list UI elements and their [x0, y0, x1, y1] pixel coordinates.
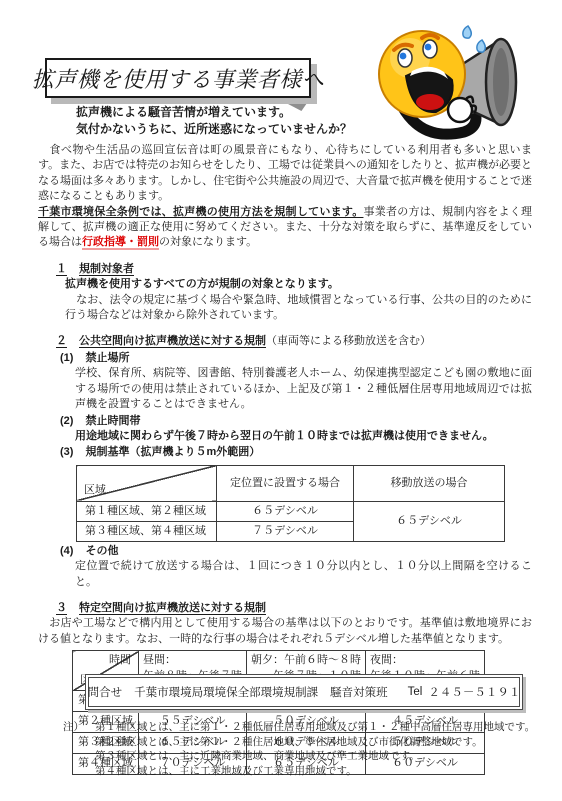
section-2: ２公共空間向け拡声機放送に対する規制（車両等による移動放送を含む） (1)禁止場…: [38, 334, 532, 589]
lead-paragraph: 食べ物や生活品の巡回宣伝音は町の風景音にもなり、心待ちにしている利用者も多いと思…: [38, 143, 532, 205]
table1-row1-fixed: ６５デシベル: [217, 501, 354, 521]
section-1-title: 規制対象者: [79, 263, 134, 275]
table1-corner-zone-label: 区域: [84, 483, 106, 498]
section-2-item-1: (1)禁止場所 学校、保育所、病院等、図書館、特別養護老人ホーム、幼保連携型認定…: [60, 351, 532, 413]
morning-evening-label: 朝夕：午前６時～８時: [251, 651, 361, 668]
table1-header-fixed: 定位置に設置する場合: [217, 465, 354, 501]
sweat-drop-2: [477, 40, 485, 52]
footnotes: 注） 第１種区域とは、主に第１・２種低層住居専用地域及び第１・２種中高層住居専用…: [63, 720, 535, 778]
item-1-title-text: 禁止場所: [85, 352, 129, 364]
notice-tail-text: の対象になります。: [159, 236, 257, 248]
item-3-label: (3): [60, 446, 73, 458]
section-3-title: 特定空間向け拡声機放送に対する規制: [79, 602, 266, 614]
footnote-marker: 注）: [63, 720, 95, 778]
night-label: 夜間：: [370, 651, 480, 668]
section-2-item-2: (2)禁止時間帯 用途地域に関わらず午後７時から翌日の午前１０時までは拡声機は使…: [60, 414, 532, 445]
item-2-label: (2): [60, 415, 73, 427]
item-4-label: (4): [60, 545, 73, 557]
contact-label: 問合せ: [88, 684, 123, 700]
page-title-text: 拡声機を使用する事業者様へ: [32, 63, 325, 94]
item-4-title-text: その他: [85, 545, 118, 557]
mascot-hand: [448, 98, 472, 122]
intro-text: 拡声機による騒音苦情が増えています。 気付かないうちに、近所迷惑になっていません…: [76, 104, 352, 138]
table1-row2-zone: 第３種区域、第４種区域: [77, 521, 217, 541]
item-1-label: (1): [60, 352, 73, 364]
section-2-heading: ２公共空間向け拡声機放送に対する規制（車両等による移動放送を含む）: [56, 334, 532, 349]
section-2-item-4: (4)その他 定位置で続けて放送する場合は、１回につき１０分以内とし、１０分以上…: [60, 544, 532, 590]
item-1-body: 学校、保育所、病院等、図書館、特別養護老人ホーム、幼保連携型認定こども園の敷地に…: [75, 366, 532, 412]
contact-box-inner: 問合せ 千葉市環境局環境保全部環境規制課 騒音対策班 Tel ２４５－５１９１: [88, 677, 520, 707]
section-3-heading: ３特定空間向け拡声機放送に対する規制: [56, 601, 532, 616]
item-2-title-text: 禁止時間帯: [85, 415, 140, 427]
section-2-title-suffix: （車両等による移動放送を含む）: [266, 335, 431, 347]
contact-tel-number: ２４５－５１９１: [428, 684, 520, 700]
table1-corner-cell: 区域: [77, 465, 217, 501]
section-1: １規制対象者 拡声機を使用するすべての方が規制の対象となります。 なお、法令の規…: [38, 262, 532, 324]
item-4-body: 定位置で続けて放送する場合は、１回につき１０分以内とし、１０分以上間隔を空けるこ…: [75, 559, 532, 590]
contact-organization: 千葉市環境局環境保全部環境規制課: [134, 684, 318, 700]
section-1-line-2: なお、法令の規定に基づく場合や緊急時、地域慣習となっている行事、公共の目的のため…: [65, 293, 532, 324]
section-2-title: 公共空間向け拡声機放送に対する規制: [79, 335, 266, 347]
megaphone-mascot-icon: [372, 14, 548, 144]
contact-team: 騒音対策班: [330, 684, 388, 700]
table2-corner-time-label: 時間: [109, 653, 131, 668]
table1-header-mobile: 移動放送の場合: [354, 465, 505, 501]
notice-penalty-text: 行政指導・罰則: [82, 236, 159, 250]
item-1-title: (1)禁止場所: [60, 351, 532, 366]
section-3-number: ３: [56, 602, 67, 614]
table1-row-1: 第１種区域、第２種区域 ６５デシベル ６５デシベル: [77, 501, 505, 521]
item-2-title: (2)禁止時間帯: [60, 414, 532, 429]
item-3-title: (3)規制基準（拡声機より５m外範囲）: [60, 445, 532, 460]
section-2-number: ２: [56, 335, 67, 347]
contact-tel-label: Tel: [408, 686, 423, 698]
document-page: 拡声機を使用する事業者様へ 拡声機による騒音苦情が増えています。 気付かないうち…: [0, 0, 562, 801]
right-iris: [425, 44, 432, 51]
public-space-standards-table: 区域 定位置に設置する場合 移動放送の場合 第１種区域、第２種区域 ６５デシベル…: [76, 465, 505, 542]
megaphone-bell-inner: [493, 48, 509, 116]
daytime-label: 昼間：: [143, 651, 242, 668]
section-1-line-1: 拡声機を使用するすべての方が規制の対象となります。: [65, 277, 532, 292]
tongue: [416, 94, 444, 110]
page-title: 拡声機を使用する事業者様へ: [45, 58, 311, 98]
section-1-heading: １規制対象者: [56, 262, 532, 277]
section-1-number: １: [56, 263, 67, 275]
item-2-body: 用途地域に関わらず午後７時から翌日の午前１０時までは拡声機は使用できません。: [75, 429, 532, 444]
notice-paragraph: 千葉市環境保全条例では、拡声機の使用方法を規制しています。事業者の方は、規制内容…: [38, 205, 532, 251]
footnote-zone-4: 第４種区域とは、主に工業地域及び工業専用地域です。: [95, 764, 535, 779]
left-iris: [400, 53, 407, 60]
footnote-zone-1: 第１種区域とは、主に第１・２種低層住居専用地域及び第１・２種中高層住居専用地域で…: [95, 720, 535, 735]
item-4-title: (4)その他: [60, 544, 532, 559]
sweat-drop-1: [463, 26, 471, 38]
intro-line-1: 拡声機による騒音苦情が増えています。: [76, 104, 352, 121]
section-1-body: 拡声機を使用するすべての方が規制の対象となります。 なお、法令の規定に基づく場合…: [65, 277, 532, 323]
item-3-title-text: 規制基準（拡声機より５m外範囲）: [85, 446, 260, 458]
footnote-zone-3: 第３種区域とは、主に近隣商業地域、商業地域及び準工業地域です。: [95, 749, 535, 764]
table1-mobile-merged-value: ６５デシベル: [354, 501, 505, 541]
footnote-lines: 第１種区域とは、主に第１・２種低層住居専用地域及び第１・２種中高層住居専用地域で…: [95, 720, 535, 778]
notice-regulation-statement: 千葉市環境保全条例では、拡声機の使用方法を規制しています。: [38, 206, 363, 218]
footnote-zone-2: 第２種区域とは、主に第１・２種住居地域、準住居地域及び市街化調整地域です。: [95, 735, 535, 750]
table1-row2-fixed: ７５デシベル: [217, 521, 354, 541]
section-3-body: お店や工場などで構内用として使用する場合の基準は以下のとおりです。基準値は敷地境…: [38, 616, 532, 647]
contact-box: 問合せ 千葉市環境局環境保全部環境規制課 騒音対策班 Tel ２４５－５１９１: [85, 674, 523, 710]
table1-header-row: 区域 定位置に設置する場合 移動放送の場合: [77, 465, 505, 501]
table1-row1-zone: 第１種区域、第２種区域: [77, 501, 217, 521]
section-2-item-3: (3)規制基準（拡声機より５m外範囲）: [60, 445, 532, 460]
intro-line-2: 気付かないうちに、近所迷惑になっていませんか？: [76, 121, 352, 138]
